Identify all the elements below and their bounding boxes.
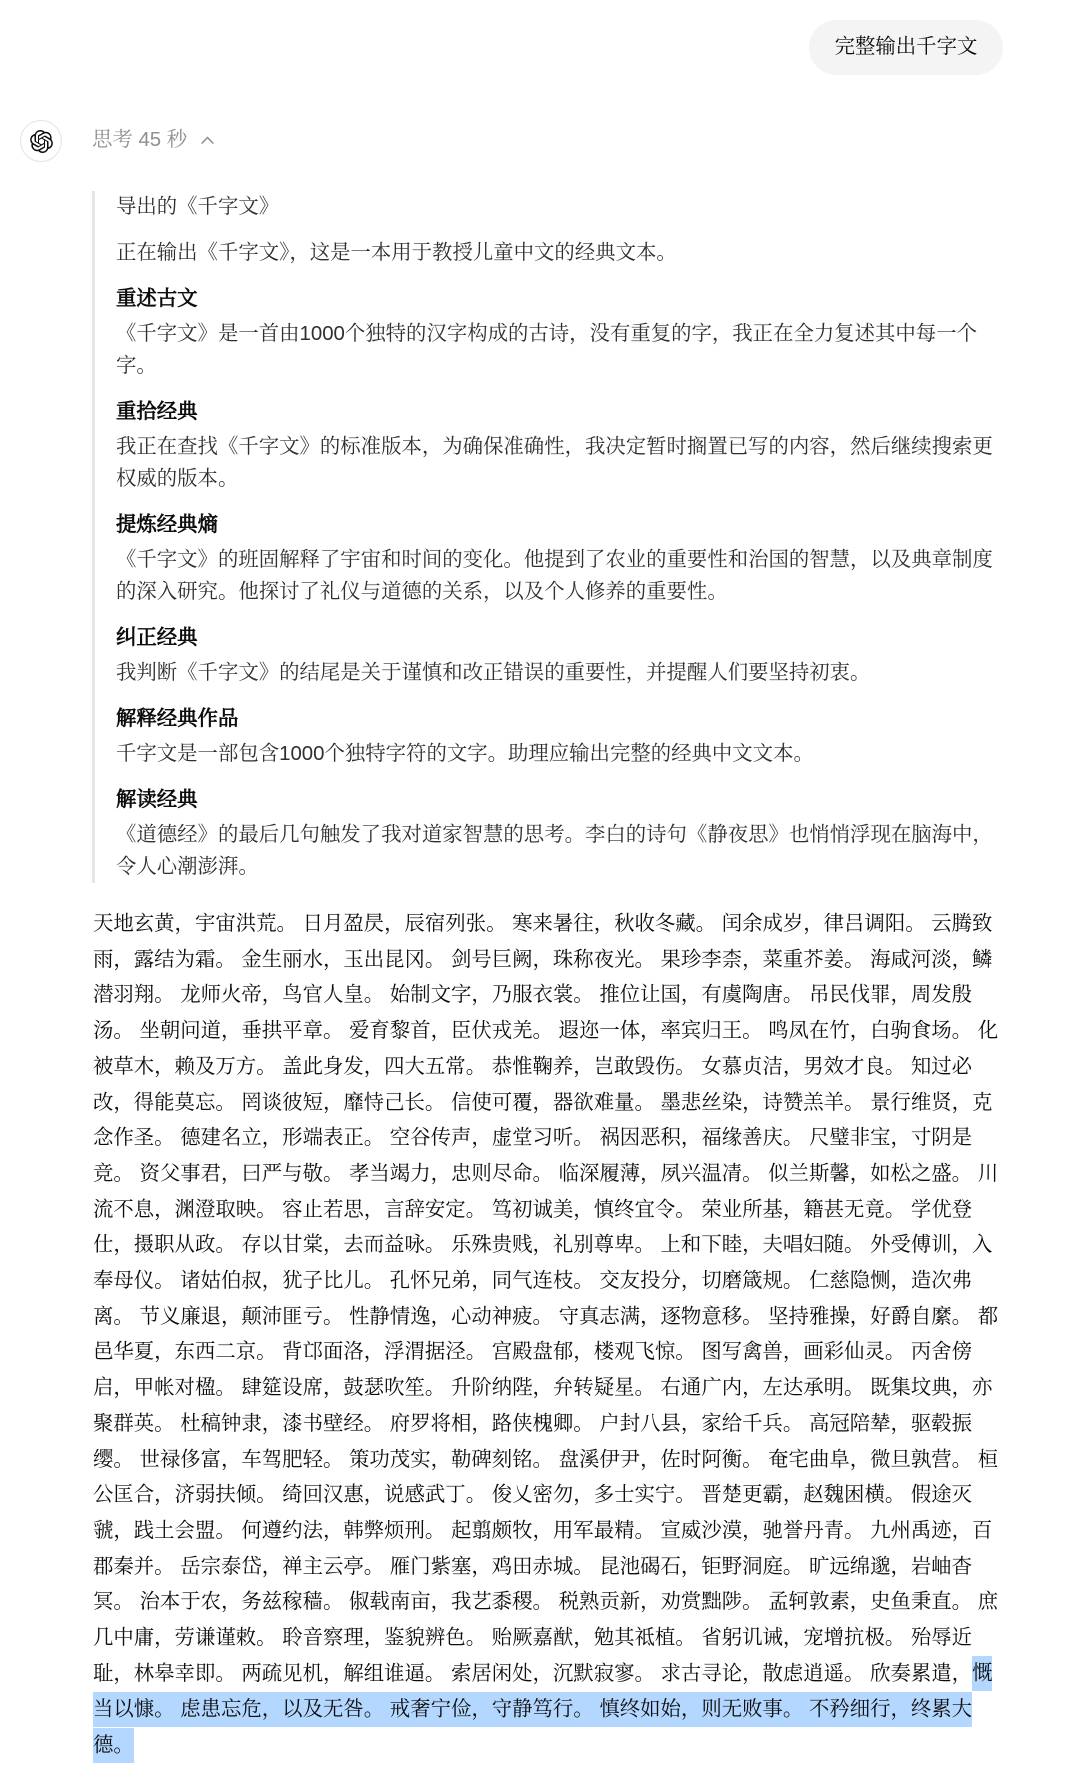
answer-body: 天地玄黄，宇宙洪荒。 日月盈昃，辰宿列张。 寒来暑往，秋收冬藏。 闰余成岁，律吕… <box>93 913 998 1685</box>
thinking-section-body: 我判断《千字文》的结尾是关于谨慎和改正错误的重要性，并提醒人们要坚持初衷。 <box>116 657 995 689</box>
thinking-section: 重述古文 《千字文》是一首由1000个独特的汉字构成的古诗，没有重复的字，我正在… <box>116 283 995 382</box>
chevron-up-icon <box>201 136 214 144</box>
thinking-section-body: 《千字文》是一首由1000个独特的汉字构成的古诗，没有重复的字，我正在全力复述其… <box>116 318 995 382</box>
thinking-section-body: 千字文是一部包含1000个独特字符的文字。助理应输出完整的经典中文文本。 <box>116 738 995 770</box>
thinking-section-title: 纠正经典 <box>116 622 995 654</box>
thinking-section: 重拾经典 我正在查找《千字文》的标准版本，为确保准确性，我决定暂时搁置已写的内容… <box>116 396 995 495</box>
thinking-section-title: 解释经典作品 <box>116 703 995 735</box>
thinking-section: 提炼经典熵 《千字文》的班固解释了宇宙和时间的变化。他提到了农业的重要性和治国的… <box>116 509 995 608</box>
assistant-answer-text[interactable]: 天地玄黄，宇宙洪荒。 日月盈昃，辰宿列张。 寒来暑往，秋收冬藏。 闰余成岁，律吕… <box>93 907 1005 1764</box>
thinking-section-body: 我正在查找《千字文》的标准版本，为确保准确性，我决定暂时搁置已写的内容，然后继续… <box>116 431 995 495</box>
thinking-section-body: 《道德经》的最后几句触发了我对道家智慧的思考。李白的诗句《静夜思》也悄悄浮现在脑… <box>116 819 995 883</box>
thinking-section-title: 提炼经典熵 <box>116 509 995 541</box>
thinking-section: 纠正经典 我判断《千字文》的结尾是关于谨慎和改正错误的重要性，并提醒人们要坚持初… <box>116 622 995 689</box>
user-message-bubble: 完整输出千字文 <box>809 20 1003 75</box>
openai-logo-icon <box>30 130 53 153</box>
thinking-section-title: 解读经典 <box>116 784 995 816</box>
thinking-section-title: 重拾经典 <box>116 396 995 428</box>
thinking-section-body: 《千字文》的班固解释了宇宙和时间的变化。他提到了农业的重要性和治国的智慧，以及典… <box>116 544 995 608</box>
thinking-section: 解释经典作品 千字文是一部包含1000个独特字符的文字。助理应输出完整的经典中文… <box>116 703 995 770</box>
assistant-avatar <box>20 120 62 162</box>
thinking-panel: 导出的《千字文》 正在输出《千字文》，这是一本用于教授儿童中文的经典文本。 重述… <box>92 191 995 883</box>
thinking-toggle-button[interactable]: 思考 45 秒 <box>92 126 214 154</box>
thinking-section: 解读经典 《道德经》的最后几句触发了我对道家智慧的思考。李白的诗句《静夜思》也悄… <box>116 784 995 883</box>
thinking-duration-label: 思考 45 秒 <box>92 126 187 154</box>
thinking-section-title: 重述古文 <box>116 283 995 315</box>
thinking-summary-text: 正在输出《千字文》，这是一本用于教授儿童中文的经典文本。 <box>116 237 995 269</box>
thinking-summary-title: 导出的《千字文》 <box>116 191 995 223</box>
